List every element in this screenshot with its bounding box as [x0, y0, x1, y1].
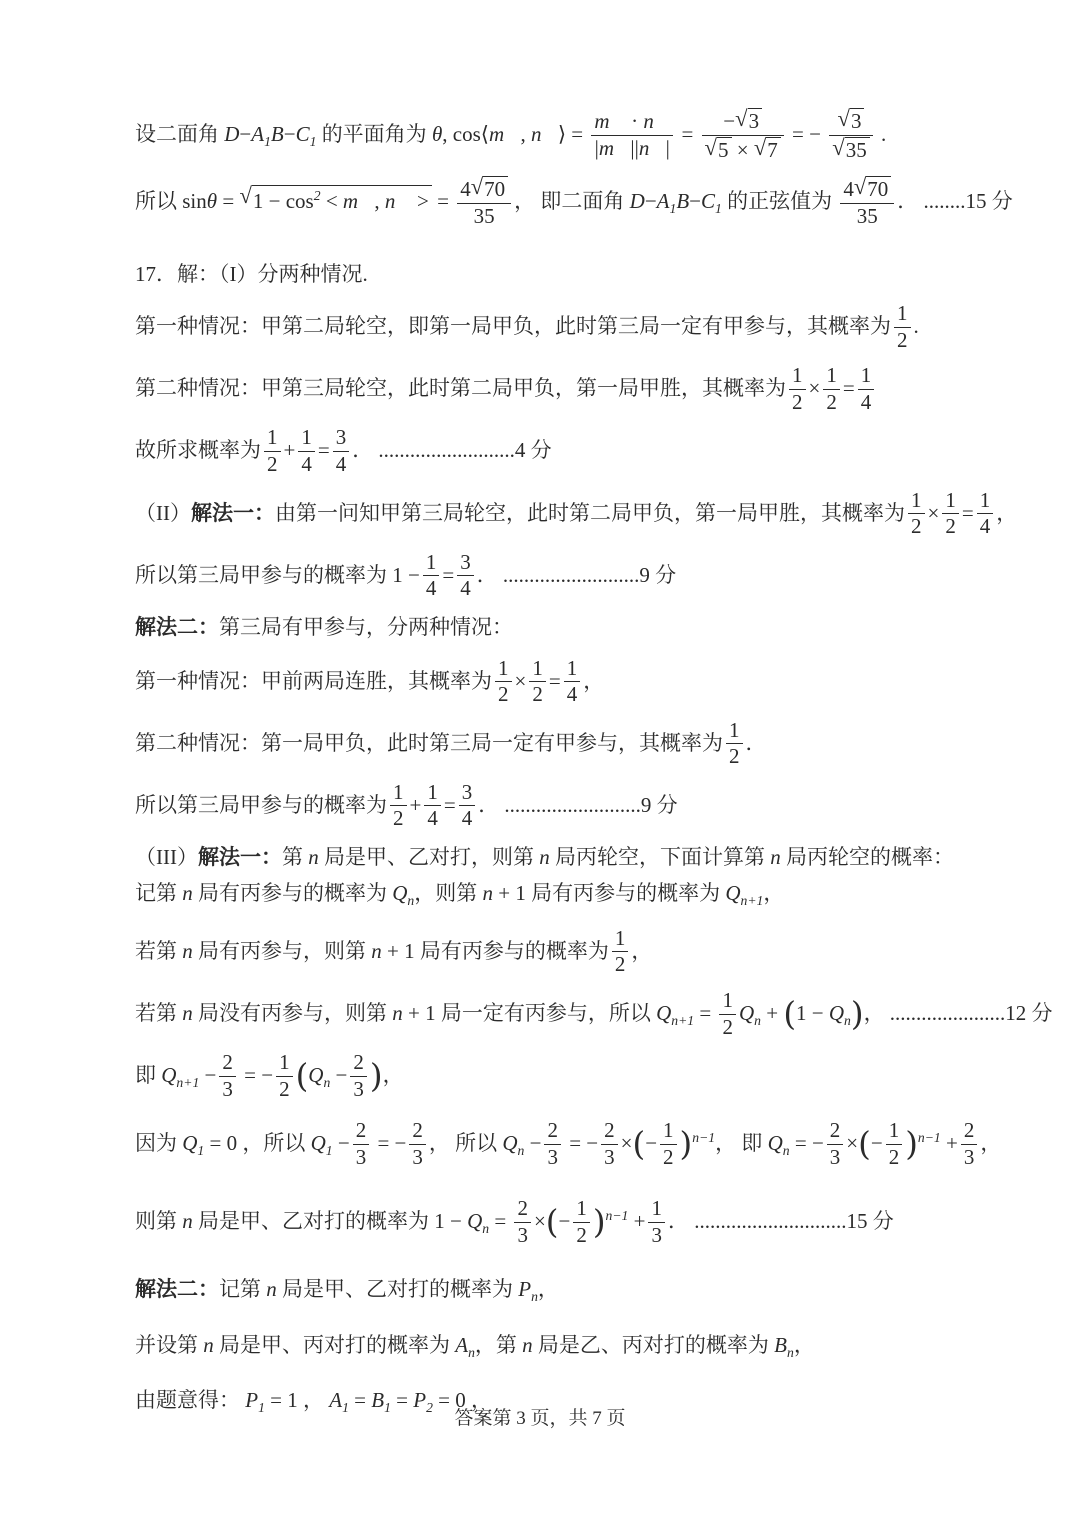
square-root: √3 — [837, 108, 864, 134]
fraction-denominator: |m⃗||n⃗| — [591, 135, 673, 161]
text-run: − — [645, 189, 657, 213]
text-run: 2 — [353, 1050, 364, 1074]
text-run: 4 — [460, 177, 471, 201]
text-run: 第 — [282, 845, 308, 869]
fraction-numerator: 3 — [459, 781, 476, 806]
math-variable: A — [251, 122, 264, 146]
math-fraction: 12 — [894, 302, 911, 354]
fraction-numerator: 1 — [564, 657, 581, 682]
text-run: 2 — [412, 1118, 423, 1142]
bold-text-run: 解法一： — [191, 500, 275, 524]
text-run: 2 — [517, 1196, 528, 1220]
text-run: 所以 sin — [135, 189, 207, 213]
text-run: 4 — [462, 806, 473, 830]
text-run: × — [515, 669, 527, 693]
superscript: n−1 — [918, 1130, 941, 1145]
math-variable: n — [203, 1333, 214, 1357]
math-fraction: 12 — [942, 489, 959, 541]
text-run: 4 — [427, 806, 438, 830]
math-variable: Q — [161, 1063, 176, 1087]
text-run: 的正弦值为 — [722, 189, 838, 213]
line-part2-method1: （II）解法一：由第一问知甲第三局轮空，此时第二局甲负，第一局甲胜，其概率为12… — [135, 489, 960, 541]
line-define-Qn: 记第 n 局有丙参与的概率为 Qn，则第 n + 1 局有丙参与的概率为 Qn+… — [135, 879, 960, 911]
text-run: − — [871, 1131, 883, 1155]
text-run: 4 — [567, 682, 578, 706]
math-variable: n — [770, 845, 781, 869]
fraction-denominator: √5 × √7 — [702, 135, 784, 163]
text-run: + — [410, 793, 422, 817]
math-variable: n⃗ — [385, 189, 412, 213]
subscript: 1 — [715, 201, 722, 216]
math-fraction: 12 — [726, 719, 743, 771]
math-variable: n — [182, 1001, 193, 1025]
fraction-denominator: 2 — [529, 681, 546, 707]
superscript: n−1 — [606, 1208, 629, 1223]
fraction-numerator: m⃗ · n⃗ — [591, 110, 673, 135]
text-run: + — [284, 438, 296, 462]
text-run: 4 — [843, 177, 854, 201]
math-variable: B — [774, 1333, 787, 1357]
paren: ) — [851, 1000, 864, 1029]
page-footer-text: 答案第 3 页，共 7 页 — [454, 1408, 625, 1429]
fraction-numerator: 1 — [298, 426, 315, 451]
fraction-numerator: 2 — [409, 1119, 426, 1144]
math-fraction: 34 — [459, 781, 476, 833]
math-fraction: 12 — [789, 364, 806, 416]
text-run: 2 — [267, 452, 278, 476]
math-variable: m⃗ — [594, 109, 626, 133]
fraction-denominator: 4 — [298, 451, 315, 477]
text-run: = — [432, 189, 454, 213]
text-run: 3 — [460, 550, 471, 574]
text-run: 3 — [851, 109, 862, 133]
superscript: 2 — [314, 188, 321, 203]
text-run: 3 — [651, 1223, 662, 1247]
text-run: , — [520, 122, 531, 146]
fraction-numerator: 1 — [423, 551, 440, 576]
text-run: − — [558, 1209, 570, 1233]
radical-icon: √ — [735, 108, 747, 131]
text-run: 1 — [980, 488, 991, 512]
fraction-denominator: 2 — [264, 451, 281, 477]
radicand: 70 — [483, 176, 508, 202]
fraction-numerator: 1 — [276, 1051, 293, 1076]
text-run: ， — [631, 939, 652, 963]
fraction-numerator: 2 — [514, 1197, 531, 1222]
text-run: 3 — [517, 1223, 528, 1247]
text-run: = — [843, 376, 855, 400]
text-run: 2 — [547, 1118, 558, 1142]
text-run: ， 即 — [715, 1131, 768, 1155]
text-run: 3 — [222, 1077, 233, 1101]
text-run: . — [914, 314, 919, 338]
text-run: 第三局有甲参与，分两种情况： — [219, 615, 513, 639]
math-variable: n — [308, 845, 319, 869]
bold-text-run: 解法一： — [198, 845, 282, 869]
math-fraction: 14 — [424, 781, 441, 833]
text-run: 局是甲、乙对打，则第 — [319, 845, 540, 869]
text-run: 2 — [911, 514, 922, 538]
radical-icon: √ — [832, 137, 844, 160]
math-fraction: 23 — [961, 1119, 978, 1171]
math-variable: P — [518, 1277, 531, 1301]
text-run: 1 — [897, 301, 908, 325]
math-fraction: 14 — [858, 364, 875, 416]
text-run: 2 — [722, 1015, 733, 1039]
fraction-denominator: 4 — [457, 575, 474, 601]
math-variable: B — [271, 122, 284, 146]
math-fraction: 23 — [353, 1119, 370, 1171]
math-fraction: m⃗ · n⃗|m⃗||n⃗| — [591, 110, 673, 162]
radicand: 3 — [850, 108, 865, 134]
text-run: 所以第三局甲参与的概率为 1 − — [135, 562, 420, 586]
text-run: ． — [746, 731, 767, 755]
text-run: ． ..........................9 分 — [478, 793, 678, 817]
fraction-numerator: 2 — [961, 1119, 978, 1144]
text-run: 若第 — [135, 939, 182, 963]
text-run: × — [732, 138, 754, 162]
fraction-denominator: 4 — [977, 513, 994, 539]
text-run: 局是甲、乙对打的概率为 1 − — [193, 1209, 467, 1233]
text-run: 35 — [846, 138, 867, 162]
text-run: 局有丙参与，则第 — [193, 939, 372, 963]
math-variable: Q — [725, 881, 740, 905]
text-run: 2 — [279, 1077, 290, 1101]
superscript: n−1 — [692, 1130, 715, 1145]
fraction-numerator: 2 — [827, 1119, 844, 1144]
math-variable: C — [296, 122, 310, 146]
text-run: 3 — [547, 1145, 558, 1169]
fraction-numerator: 1 — [660, 1119, 677, 1144]
math-variable: n⃗ — [639, 136, 666, 160]
fraction-denominator: 4 — [423, 575, 440, 601]
text-run: ， 所以 — [429, 1131, 503, 1155]
text-run: = — [694, 1001, 716, 1025]
text-run: 1 — [567, 656, 578, 680]
text-run: < — [321, 189, 343, 213]
radical-icon: √ — [471, 176, 483, 199]
text-run: 3 — [336, 425, 347, 449]
fraction-denominator: 2 — [789, 389, 806, 415]
text-run: 17．解：（I）分两种情况. — [135, 262, 368, 286]
fraction-numerator: 1 — [908, 489, 925, 514]
text-run: 1 − cos — [253, 189, 314, 213]
text-run: = — [318, 438, 330, 462]
fraction-denominator: 2 — [495, 681, 512, 707]
line-method2-case1: 第一种情况：甲前两局连胜，其概率为12×12=14， — [135, 657, 960, 709]
text-run: ， — [763, 881, 784, 905]
fraction-numerator: 1 — [719, 989, 736, 1014]
line-recurrence-transformed: 即 Qn+1 −23 = −12(Qn −23)， — [135, 1051, 960, 1103]
text-run: , cos — [442, 122, 481, 146]
text-run: ， — [794, 1333, 815, 1357]
math-variable: Q — [467, 1209, 482, 1233]
text-run: 局有丙参与的概率为 — [193, 881, 393, 905]
text-run: = − — [372, 1131, 406, 1155]
line-if-bing-not-participates: 若第 n 局没有丙参与，则第 n + 1 局一定有丙参与，所以 Qn+1 = 1… — [135, 989, 960, 1041]
text-run: 局是甲、乙对打的概率为 — [277, 1277, 519, 1301]
subscript: n — [787, 1345, 794, 1360]
math-variable: n — [371, 939, 382, 963]
bold-text-run: 解法二： — [135, 615, 219, 639]
fraction-numerator: 1 — [894, 302, 911, 327]
text-run: × — [928, 500, 940, 524]
paren: ( — [296, 1062, 309, 1091]
fraction-numerator: 4√70 — [457, 176, 511, 203]
text-run: 2 — [356, 1118, 367, 1142]
text-run: 4 — [336, 452, 347, 476]
text-run: 4 — [426, 576, 437, 600]
subscript: n — [468, 1345, 475, 1360]
math-fraction: 23 — [350, 1051, 367, 1103]
math-variable: m⃗ — [343, 189, 375, 213]
text-run: 3 — [356, 1145, 367, 1169]
text-run: 2 — [830, 1118, 841, 1142]
paren: ( — [783, 1000, 796, 1029]
text-run: + 1 局有丙参与的概率为 — [493, 881, 725, 905]
text-run: ． .............................15 分 — [668, 1209, 894, 1233]
text-run: 1 — [393, 780, 404, 804]
fraction-denominator: 4 — [564, 681, 581, 707]
text-run: × — [621, 1131, 633, 1155]
math-fraction: 13 — [648, 1197, 665, 1249]
text-run: + — [628, 1209, 645, 1233]
math-variable: n — [182, 939, 193, 963]
subscript: n — [783, 1143, 790, 1158]
math-fraction: 12 — [390, 781, 407, 833]
math-fraction: 23 — [601, 1119, 618, 1171]
fraction-denominator: 2 — [612, 951, 629, 977]
fraction-numerator: 2 — [350, 1051, 367, 1076]
text-run: ． ..........................4 分 — [352, 438, 552, 462]
math-fraction: 4√7035 — [457, 176, 511, 230]
text-run: 若第 — [135, 1001, 182, 1025]
math-fraction: 23 — [827, 1119, 844, 1171]
radicand: 1 − cos2 < m⃗, n⃗ > — [252, 185, 432, 215]
text-run: − — [723, 109, 735, 133]
math-variable: D — [224, 122, 239, 146]
radical-icon: √ — [239, 185, 251, 208]
fraction-numerator: 1 — [573, 1197, 590, 1222]
text-run: 7 — [767, 138, 778, 162]
text-run: = — [442, 562, 454, 586]
fraction-denominator: 2 — [276, 1076, 293, 1102]
math-fraction: 12 — [823, 364, 840, 416]
text-run: 记第 — [135, 881, 182, 905]
text-run: 3 — [830, 1145, 841, 1169]
line-dihedral-plane-angle-cos: 设二面角 D−A1B−C1 的平面角为 θ, cos⟨m⃗, n⃗⟩ = m⃗ … — [135, 108, 960, 164]
text-run: 1 — [861, 363, 872, 387]
math-variable: n — [182, 1209, 193, 1233]
fraction-denominator: 35 — [457, 203, 511, 229]
fraction-denominator: 4 — [459, 805, 476, 831]
math-variable: n — [182, 881, 193, 905]
math-variable: m⃗ — [599, 136, 631, 160]
text-run: = — [566, 122, 588, 146]
fraction-denominator: 2 — [886, 1144, 903, 1170]
subscript: n — [844, 1013, 851, 1028]
math-fraction: 12 — [660, 1119, 677, 1171]
text-run: 局丙轮空的概率： — [781, 845, 954, 869]
math-variable: m⃗ — [489, 122, 521, 146]
radical-icon: √ — [837, 108, 849, 131]
math-variable: D — [630, 189, 645, 213]
text-run: × — [534, 1209, 546, 1233]
line-required-probability: 故所求概率为12+14=34． ........................… — [135, 426, 960, 478]
text-run: ， ......................12 分 — [864, 1001, 1053, 1025]
text-run: = − — [239, 1063, 273, 1087]
text-run: 3 — [412, 1145, 423, 1169]
fraction-numerator: 1 — [886, 1119, 903, 1144]
text-run: 2 — [532, 682, 543, 706]
paren: ) — [680, 1130, 693, 1159]
math-fraction: 12 — [495, 657, 512, 709]
text-run: 1 — [945, 488, 956, 512]
math-fraction: 34 — [333, 426, 350, 478]
fraction-numerator: 4√70 — [840, 176, 894, 203]
text-run: × — [846, 1131, 858, 1155]
text-run: 1 — [279, 1050, 290, 1074]
math-variable: A — [455, 1333, 468, 1357]
fraction-numerator: √3 — [829, 108, 872, 135]
text-run: | — [666, 136, 670, 160]
math-fraction: −√3√5 × √7 — [702, 108, 784, 164]
math-variable: Q — [739, 1001, 754, 1025]
text-run: + — [941, 1131, 958, 1155]
line-part2-method1-result: 所以第三局甲参与的概率为 1 −14=34． .................… — [135, 551, 960, 603]
math-variable: Q — [311, 1131, 326, 1155]
text-run: 1 — [722, 988, 733, 1012]
text-run: 第一种情况：甲前两局连胜，其概率为 — [135, 669, 492, 693]
text-run: 2 — [792, 390, 803, 414]
subscript: 1 — [326, 1143, 333, 1158]
text-run: 1 — [615, 926, 626, 950]
square-root: √7 — [754, 137, 781, 163]
fraction-numerator: 2 — [601, 1119, 618, 1144]
text-run: 4 — [861, 390, 872, 414]
math-fraction: 12 — [612, 927, 629, 979]
text-run: 并设第 — [135, 1333, 203, 1357]
text-run: ， — [538, 1277, 559, 1301]
math-fraction: 23 — [409, 1119, 426, 1171]
square-root: √5 — [705, 137, 732, 163]
text-run: 1 — [426, 550, 437, 574]
radical-icon: √ — [705, 137, 717, 160]
subscript: n+1 — [741, 894, 764, 909]
radical-icon: √ — [854, 176, 866, 199]
text-run: = — [444, 793, 456, 817]
line-define-An-Bn: 并设第 n 局是甲、丙对打的概率为 An，第 n 局是乙、丙对打的概率为 Bn， — [135, 1331, 960, 1363]
text-run: × — [809, 376, 821, 400]
text-run: 3 — [964, 1145, 975, 1169]
text-run: 2 — [729, 744, 740, 768]
text-run: 2 — [889, 1145, 900, 1169]
fraction-denominator: 3 — [648, 1222, 665, 1248]
math-fraction: 34 — [457, 551, 474, 603]
text-run: ， — [996, 500, 1017, 524]
text-run: 4 — [980, 514, 991, 538]
square-root: √3 — [735, 108, 762, 134]
text-run: 所以第三局甲参与的概率为 — [135, 793, 387, 817]
text-run: 2 — [945, 514, 956, 538]
text-run: 2 — [222, 1050, 233, 1074]
text-run: 70 — [867, 177, 888, 201]
subscript: n — [531, 1289, 538, 1304]
text-run: 1 — [651, 1196, 662, 1220]
line-solve-Qn: 因为 Q1 = 0 ，所以 Q1 −23 = −23， 所以 Qn −23 = … — [135, 1119, 960, 1171]
text-run: ， — [980, 1131, 1001, 1155]
math-fraction: 12 — [529, 657, 546, 709]
math-variable: B — [676, 189, 689, 213]
math-variable: n — [392, 1001, 403, 1025]
line-method2-case2: 第二种情况：第一局甲负，此时第三局一定有甲参与，其概率为12． — [135, 719, 960, 771]
fraction-numerator: 1 — [648, 1197, 665, 1222]
math-variable: n⃗ — [643, 109, 670, 133]
text-run: 1 — [498, 656, 509, 680]
text-run: ⟩ — [558, 122, 566, 146]
line-method2-result: 所以第三局甲参与的概率为12+14=34． ..................… — [135, 781, 960, 833]
math-fraction: 12 — [264, 426, 281, 478]
square-root: √35 — [832, 137, 869, 163]
fraction-denominator: 3 — [544, 1144, 561, 1170]
math-fraction: √3√35 — [829, 108, 872, 164]
text-run: 3 — [462, 780, 473, 804]
line-part3-method1-intro: （III）解法一：第 n 局是甲、乙对打，则第 n 局丙轮空，下面计算第 n 局… — [135, 843, 960, 871]
text-run: 局丙轮空，下面计算第 — [550, 845, 771, 869]
text-run: 第二种情况：第一局甲负，此时第三局一定有甲参与，其概率为 — [135, 731, 723, 755]
fraction-numerator: 2 — [353, 1119, 370, 1144]
fraction-numerator: 3 — [457, 551, 474, 576]
fraction-numerator: −√3 — [702, 108, 784, 135]
paren: ( — [633, 1130, 646, 1159]
math-fraction: 23 — [219, 1051, 236, 1103]
math-fraction: 12 — [276, 1051, 293, 1103]
text-run: ⟨ — [481, 122, 489, 146]
square-root: √70 — [471, 176, 508, 202]
subscript: 1 — [264, 134, 271, 149]
fraction-numerator: 1 — [942, 489, 959, 514]
fraction-numerator: 1 — [612, 927, 629, 952]
text-run: 35 — [474, 204, 495, 228]
text-run: 2 — [663, 1145, 674, 1169]
text-run: + 1 局有丙参与的概率为 — [382, 939, 609, 963]
math-variable: n — [522, 1333, 533, 1357]
fraction-numerator: 1 — [858, 364, 875, 389]
text-run: + 1 局一定有丙参与，所以 — [403, 1001, 656, 1025]
radical-icon: √ — [754, 137, 766, 160]
subscript: n — [754, 1013, 761, 1028]
text-run: 2 — [604, 1118, 615, 1142]
math-fraction: 23 — [544, 1119, 561, 1171]
text-run: 局是乙、丙对打的概率为 — [533, 1333, 775, 1357]
text-run: 3 — [353, 1077, 364, 1101]
fraction-denominator: 3 — [353, 1144, 370, 1170]
paren: ) — [370, 1062, 383, 1091]
math-variable: θ — [207, 189, 217, 213]
math-fraction: 12 — [908, 489, 925, 541]
line-case1-bye-round2: 第一种情况：甲第二局轮空，即第一局甲负，此时第三局一定有甲参与，其概率为12. — [135, 302, 960, 354]
text-run: 局没有丙参与，则第 — [193, 1001, 393, 1025]
text-run: − — [239, 122, 251, 146]
text-run: 1 — [267, 425, 278, 449]
text-run: ， 即二面角 — [514, 189, 630, 213]
math-fraction: 14 — [298, 426, 315, 478]
text-run: 由第一问知甲第三局轮空，此时第二局甲负，第一局甲胜，其概率为 — [275, 500, 905, 524]
text-run: 1 — [911, 488, 922, 512]
text-run: 2 — [393, 806, 404, 830]
text-run: − — [330, 1063, 347, 1087]
math-variable: n — [483, 881, 494, 905]
